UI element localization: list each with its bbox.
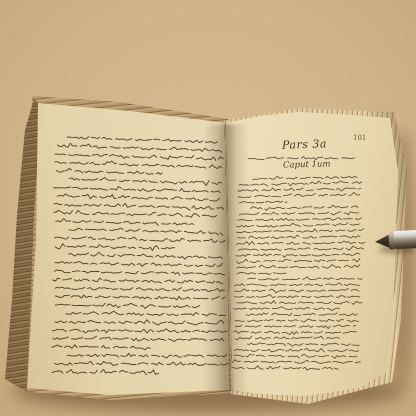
handwriting-line — [57, 169, 163, 175]
handwriting-line — [238, 246, 364, 250]
handwriting-line — [53, 336, 224, 341]
handwriting-line — [235, 319, 359, 322]
handwriting-line — [69, 178, 222, 186]
handwriting-line — [232, 360, 360, 364]
part-heading: Pars 3a — [282, 137, 327, 152]
handwriting-line — [54, 203, 224, 210]
handwriting-line — [232, 366, 339, 370]
handwriting-line — [54, 187, 221, 193]
handwriting-line — [253, 176, 358, 179]
handwriting-line — [57, 143, 222, 152]
pen-band — [388, 231, 394, 249]
handwriting-line — [69, 228, 223, 235]
handwriting-line — [234, 331, 357, 335]
handwriting-line — [67, 353, 226, 358]
handwriting-line — [55, 303, 199, 308]
handwriting-line — [238, 218, 362, 221]
handwriting-line — [235, 336, 339, 340]
handwriting-line — [235, 288, 360, 293]
handwriting-line — [55, 261, 223, 266]
handwriting-line — [69, 252, 223, 259]
handwriting-line — [236, 253, 360, 257]
handwriting-line — [237, 301, 362, 305]
handwriting-line — [56, 219, 194, 226]
handwriting-line — [53, 278, 223, 283]
handwriting-line — [52, 369, 159, 374]
handwriting-line — [237, 265, 360, 269]
handwriting-line — [236, 223, 359, 228]
metal-pen — [374, 229, 416, 253]
handwriting-line — [55, 287, 224, 292]
handwriting-line — [55, 244, 174, 251]
page-number: 101 — [353, 134, 366, 142]
handwriting-line — [238, 188, 361, 192]
handwriting-line — [239, 212, 358, 215]
handwriting-line — [237, 241, 365, 245]
handwriting-line — [55, 161, 222, 168]
handwriting-line — [235, 325, 356, 329]
handwriting-line — [236, 229, 364, 233]
handwriting-line — [57, 194, 220, 201]
handwriting-line — [55, 361, 229, 365]
handwriting-line — [52, 329, 227, 333]
handwriting-line — [234, 307, 340, 311]
handwriting-line — [55, 320, 224, 326]
handwriting-line — [237, 258, 360, 263]
handwriting-line — [66, 311, 226, 316]
handwriting-line — [52, 345, 151, 350]
handwriting-line — [247, 343, 359, 347]
handwriting-line — [55, 295, 224, 300]
handwriting-line — [55, 237, 225, 243]
handwriting-line — [54, 210, 217, 217]
handwriting-line — [67, 137, 217, 144]
handwriting-line — [235, 295, 360, 298]
handwriting-line — [238, 192, 360, 197]
handwriting-line — [246, 313, 357, 316]
chapter-heading: Caput 1um — [283, 159, 331, 170]
handwriting-line — [235, 348, 359, 352]
handwriting-line — [235, 283, 360, 286]
handwriting-line — [234, 354, 357, 358]
handwriting-line — [239, 201, 287, 203]
handwriting-line — [237, 272, 286, 274]
handwriting-line — [55, 154, 223, 161]
handwriting-line — [239, 181, 362, 186]
handwriting-svg — [0, 0, 416, 416]
handwriting-line — [248, 277, 363, 281]
handwriting-line — [250, 205, 358, 210]
handwriting-line — [238, 235, 361, 239]
handwriting-line — [54, 270, 225, 275]
photo-backdrop: Pars 3a Caput 1um 101 — [0, 0, 416, 416]
